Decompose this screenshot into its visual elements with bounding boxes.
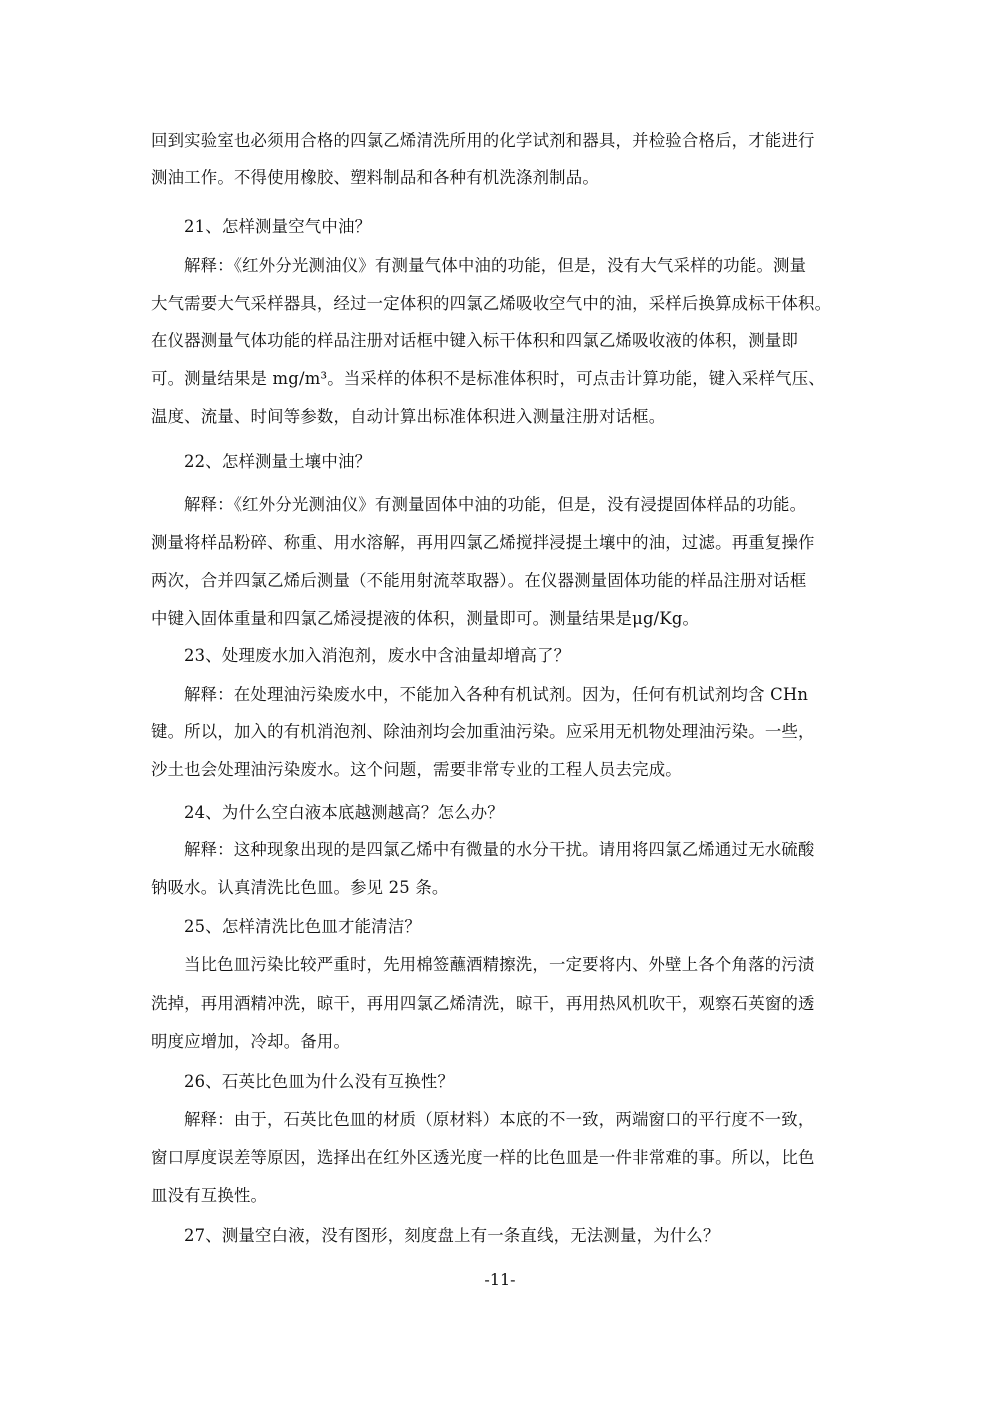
body-line: 解释：在处理油污染废水中，不能加入各种有机试剂。因为，任何有机试剂均含 CHn bbox=[184, 685, 851, 705]
body-line: 测油工作。不得使用橡胶、塑料制品和各种有机洗涤剂制品。 bbox=[151, 168, 851, 188]
body-line: 键。所以，加入的有机消泡剂、除油剂均会加重油污染。应采用无机物处理油污染。一些， bbox=[151, 722, 851, 742]
body-line: 两次，合并四氯乙烯后测量（不能用射流萃取器）。在仪器测量固体功能的样品注册对话框 bbox=[151, 571, 851, 591]
body-line: 可。测量结果是 mg/m³。当采样的体积不是标准体积时，可点击计算功能，键入采样… bbox=[151, 369, 851, 389]
body-line: 钠吸水。认真清洗比色皿。参见 25 条。 bbox=[151, 878, 851, 898]
body-line: 在仪器测量气体功能的样品注册对话框中键入标干体积和四氯乙烯吸收液的体积，测量即 bbox=[151, 331, 851, 351]
body-line: 温度、流量、时间等参数，自动计算出标准体积进入测量注册对话框。 bbox=[151, 407, 851, 427]
body-line: 窗口厚度误差等原因，选择出在红外区透光度一样的比色皿是一件非常难的事。所以，比色 bbox=[151, 1148, 851, 1168]
body-line: 洗掉，再用酒精冲洗，晾干，再用四氯乙烯清洗，晾干，再用热风机吹干，观察石英窗的透 bbox=[151, 994, 851, 1014]
body-line: 解释：由于，石英比色皿的材质（原材料）本底的不一致，两端窗口的平行度不一致， bbox=[184, 1110, 851, 1130]
question-heading: 22、怎样测量土壤中油？ bbox=[184, 452, 851, 472]
body-line: 当比色皿污染比较严重时，先用棉签蘸酒精擦洗，一定要将内、外壁上各个角落的污渍 bbox=[184, 955, 851, 975]
question-heading: 23、处理废水加入消泡剂，废水中含油量却增高了？ bbox=[184, 646, 851, 666]
body-line: 皿没有互换性。 bbox=[151, 1186, 851, 1206]
body-line: 沙土也会处理油污染废水。这个问题，需要非常专业的工程人员去完成。 bbox=[151, 760, 851, 780]
body-line: 解释：《红外分光测油仪》有测量固体中油的功能，但是，没有浸提固体样品的功能。 bbox=[184, 495, 851, 515]
question-heading: 24、为什么空白液本底越测越高？怎么办？ bbox=[184, 803, 851, 823]
body-line: 中键入固体重量和四氯乙烯浸提液的体积，测量即可。测量结果是μg/Kg。 bbox=[151, 609, 851, 629]
document-page: 回到实验室也必须用合格的四氯乙烯清洗所用的化学试剂和器具，并检验合格后，才能进行… bbox=[0, 0, 1000, 1414]
body-line: 大气需要大气采样器具，经过一定体积的四氯乙烯吸收空气中的油，采样后换算成标干体积… bbox=[151, 294, 851, 314]
question-heading: 25、怎样清洗比色皿才能清洁？ bbox=[184, 917, 851, 937]
body-line: 解释：这种现象出现的是四氯乙烯中有微量的水分干扰。请用将四氯乙烯通过无水硫酸 bbox=[184, 840, 851, 860]
body-line: 测量将样品粉碎、称重、用水溶解，再用四氯乙烯搅拌浸提土壤中的油，过滤。再重复操作 bbox=[151, 533, 851, 553]
page-number: -11- bbox=[0, 1270, 1000, 1290]
body-line: 明度应增加，冷却。备用。 bbox=[151, 1032, 851, 1052]
question-heading: 21、怎样测量空气中油？ bbox=[184, 217, 851, 237]
question-heading: 26、石英比色皿为什么没有互换性？ bbox=[184, 1072, 851, 1092]
body-line: 解释：《红外分光测油仪》有测量气体中油的功能，但是，没有大气采样的功能。测量 bbox=[184, 256, 851, 276]
body-line: 回到实验室也必须用合格的四氯乙烯清洗所用的化学试剂和器具，并检验合格后，才能进行 bbox=[151, 131, 851, 151]
question-heading: 27、测量空白液，没有图形，刻度盘上有一条直线，无法测量，为什么？ bbox=[184, 1226, 851, 1246]
